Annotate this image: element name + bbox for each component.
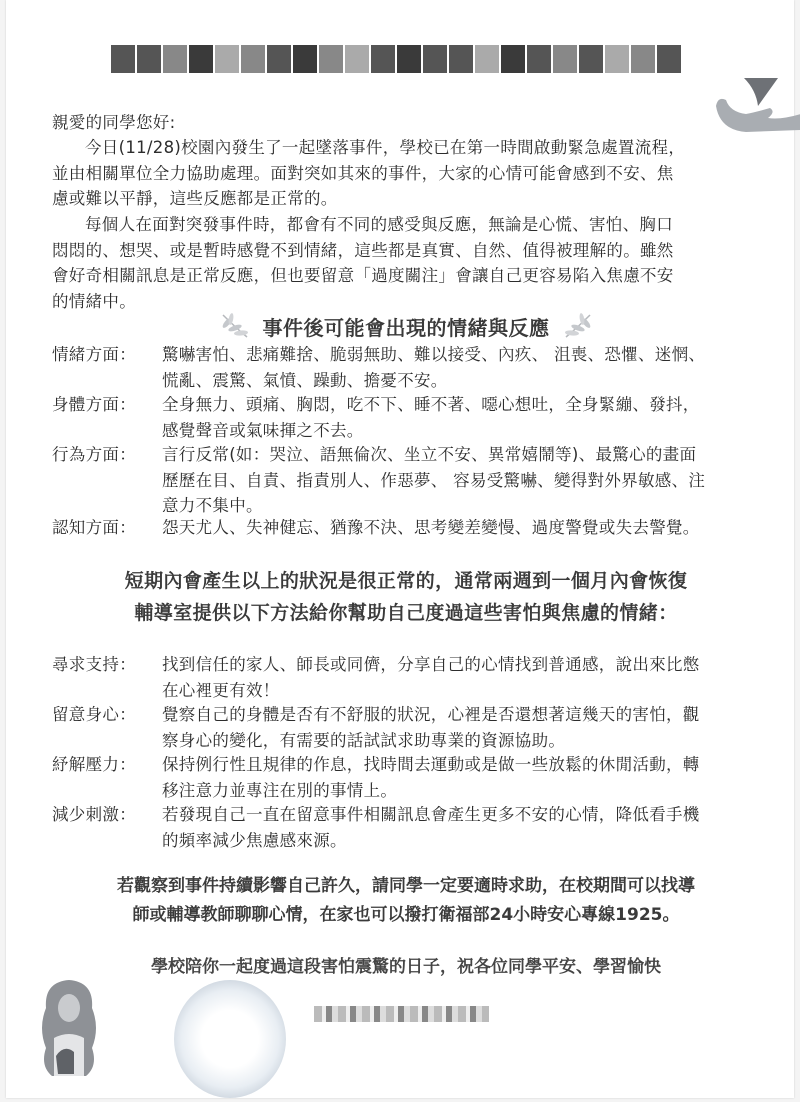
redacted-school-seal [174, 980, 286, 1098]
help-line: 若觀察到事件持續影響自己許久，請同學一定要適時求助，在校期間可以找導 [6, 872, 800, 901]
reaction-line: 怨天尤人、失神健忘、猶豫不決、思考變差變慢、過度警覺或失去警覺。 [162, 515, 752, 541]
method-line: 覺察自己的身體是否有不舒服的狀況，心裡是否還想著這幾天的害怕，觀 [162, 702, 752, 728]
woman-illustration [34, 978, 104, 1078]
reaction-line: 全身無力、頭痛、胸悶，吃不下、睡不著、噁心想吐，全身緊繃、發抖， [162, 392, 752, 418]
redacted-title [111, 42, 681, 76]
reaction-line: 驚嚇害怕、悲痛難捨、脆弱無助、難以接受、內疚、 沮喪、恐懼、迷惘、 [162, 342, 752, 368]
closing-message: 學校陪你一起度過這段害怕震驚的日子，祝各位同學平安、學習愉快 [6, 952, 800, 977]
method-label: 紓解壓力： [52, 752, 162, 803]
method-label: 尋求支持： [52, 652, 162, 703]
method-line: 保持例行性且規律的作息，找時間去運動或是做一些放鬆的休閒活動，轉 [162, 752, 752, 778]
flyer-page: 親愛的同學您好: 今日(11/28)校園內發生了一起墜落事件，學校已在第一時間啟… [6, 0, 794, 1098]
method-line: 察身心的變化，有需要的話試試求助專業的資源協助。 [162, 728, 752, 754]
paragraph-line: 並由相關單位全力協助處理。面對突如其來的事件，大家的心情可能會感到不安、焦 [52, 161, 742, 187]
paragraph-line: 每個人在面對突發事件時，都會有不同的感受與反應，無論是心慌、害怕、胸口 [52, 212, 742, 238]
method-reduce-stimulus: 減少刺激： 若發現自己一直在留意事件相關訊息會產生更多不安的心情，降低看手機 的… [52, 802, 752, 853]
reaction-label: 行為方面： [52, 442, 162, 519]
paragraph-line: 慮或難以平靜，這些反應都是正常的。 [52, 186, 742, 212]
reaction-physical: 身體方面： 全身無力、頭痛、胸悶，吃不下、睡不著、噁心想吐，全身緊繃、發抖， 感… [52, 392, 752, 443]
section-heading-text: 事件後可能會出現的情緒與反應 [263, 312, 550, 341]
method-label: 減少刺激： [52, 802, 162, 853]
method-line: 的頻率減少焦慮感來源。 [162, 828, 752, 854]
paragraph-line: 悶悶的、想哭、或是暫時感覺不到情緒，這些都是真實、自然、值得被理解的。雖然 [52, 238, 742, 264]
method-line: 移注意力並專注在別的事情上。 [162, 778, 752, 804]
method-line: 找到信任的家人、師長或同儕，分享自己的心情找到普通感，說出來比憋 [162, 652, 752, 678]
method-seek-support: 尋求支持： 找到信任的家人、師長或同儕，分享自己的心情找到普通感，說出來比憋 在… [52, 652, 752, 703]
notice-line: 短期內會產生以上的狀況是很正常的，通常兩週到一個月內會恢復 [6, 565, 800, 597]
intro-paragraph-1: 今日(11/28)校園內發生了一起墜落事件，學校已在第一時間啟動緊急處置流程， … [52, 135, 742, 212]
reaction-label: 身體方面： [52, 392, 162, 443]
reaction-line: 感覺聲音或氣味揮之不去。 [162, 418, 752, 444]
reaction-cognitive: 認知方面： 怨天尤人、失神健忘、猶豫不決、思考變差變慢、過度警覺或失去警覺。 [52, 515, 752, 541]
reaction-behavioral: 行為方面： 言行反常(如：哭泣、語無倫次、坐立不安、異常嬉鬧等)、最驚心的畫面 … [52, 442, 752, 519]
hand-holding-heart-icon [706, 78, 800, 138]
help-notice: 若觀察到事件持續影響自己許久，請同學一定要適時求助，在校期間可以找導 師或輔導教… [6, 872, 800, 930]
reaction-label: 認知方面： [52, 515, 162, 541]
normal-notice: 短期內會產生以上的狀況是很正常的，通常兩週到一個月內會恢復 輔導室提供以下方法給… [6, 565, 800, 629]
redacted-signature [314, 1006, 489, 1022]
greeting: 親愛的同學您好: [52, 110, 175, 136]
laurel-leaf-icon [217, 313, 251, 339]
reaction-emotional: 情緒方面： 驚嚇害怕、悲痛難捨、脆弱無助、難以接受、內疚、 沮喪、恐懼、迷惘、 … [52, 342, 752, 393]
laurel-leaf-icon [562, 313, 596, 339]
method-mind-body: 留意身心： 覺察自己的身體是否有不舒服的狀況，心裡是否還想著這幾天的害怕，觀 察… [52, 702, 752, 753]
intro-paragraph-2: 每個人在面對突發事件時，都會有不同的感受與反應，無論是心慌、害怕、胸口 悶悶的、… [52, 212, 742, 314]
method-line: 若發現自己一直在留意事件相關訊息會產生更多不安的心情，降低看手機 [162, 802, 752, 828]
method-label: 留意身心： [52, 702, 162, 753]
reaction-line: 歷歷在目、自責、指責別人、作惡夢、 容易受驚嚇、變得對外界敏感、注 [162, 468, 752, 494]
reaction-line: 言行反常(如：哭泣、語無倫次、坐立不安、異常嬉鬧等)、最驚心的畫面 [162, 442, 752, 468]
method-relieve-stress: 紓解壓力： 保持例行性且規律的作息，找時間去運動或是做一些放鬆的休閒活動，轉 移… [52, 752, 752, 803]
help-line: 師或輔導教師聊聊心情，在家也可以撥打衛福部24小時安心專線1925。 [6, 901, 800, 930]
reaction-line: 慌亂、震驚、氣憤、躁動、擔憂不安。 [162, 368, 752, 394]
notice-line: 輔導室提供以下方法給你幫助自己度過這些害怕與焦慮的情緒： [6, 597, 800, 629]
reaction-label: 情緒方面： [52, 342, 162, 393]
paragraph-line: 今日(11/28)校園內發生了一起墜落事件，學校已在第一時間啟動緊急處置流程， [52, 135, 742, 161]
paragraph-line: 會好奇相關訊息是正常反應，但也要留意「過度關注」會讓自己更容易陷入焦慮不安 [52, 263, 742, 289]
section-heading: 事件後可能會出現的情緒與反應 [196, 310, 616, 342]
method-line: 在心裡更有效！ [162, 678, 752, 704]
